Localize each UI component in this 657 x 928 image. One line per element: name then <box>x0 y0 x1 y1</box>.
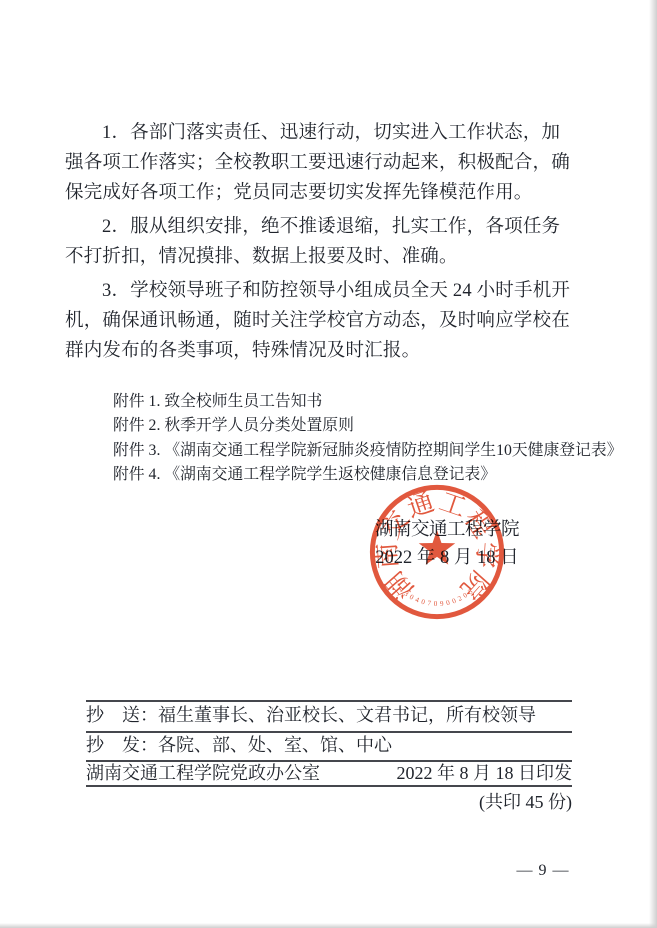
copy-to-label: 抄 送： <box>86 705 158 725</box>
document-page: 1．各部门落实责任、迅速行动，切实进入工作状态，加 强各项工作落实；全校教职工要… <box>0 0 657 928</box>
print-count: (共印 45 份) <box>479 792 572 812</box>
issued-by-label: 抄 发： <box>86 735 158 755</box>
attachment-item-1: 附件 1. 致全校师生员工告知书 <box>113 390 622 414</box>
footer-rule-4 <box>86 785 572 787</box>
body-line: 不打折扣，情况摸排、数据上报要及时、准确。 <box>65 242 579 272</box>
body-line: 1．各部门落实责任、迅速行动，切实进入工作状态，加 <box>65 118 579 148</box>
body-line: 强各项工作落实；全校教职工要迅速行动起来，积极配合，确 <box>65 148 579 178</box>
body-line: 群内发布的各类事项，特殊情况及时汇报。 <box>65 336 579 366</box>
attachment-item-2: 附件 2. 秋季开学人员分类处置原则 <box>113 414 622 438</box>
body-paragraphs: 1．各部门落实责任、迅速行动，切实进入工作状态，加 强各项工作落实；全校教职工要… <box>65 118 579 366</box>
attachment-list: 附件 1. 致全校师生员工告知书 附件 2. 秋季开学人员分类处置原则 附件 3… <box>113 390 622 487</box>
body-line: 3．学校领导班子和防控领导小组成员全天 24 小时手机开 <box>65 276 579 306</box>
paragraph-2: 2．服从组织安排，绝不推诿退缩，扎实工作，各项任务 不打折扣，情况摸排、数据上报… <box>65 212 579 272</box>
attachment-item-3: 附件 3. 《湖南交通工程学院新冠肺炎疫情防控期间学生10天健康登记表》 <box>113 439 622 463</box>
page-number: — 9 — <box>495 858 591 883</box>
issued-by-value: 各院、部、处、室、馆、中心 <box>158 735 392 755</box>
footer-office-line: 湖南交通工程学院党政办公室 2022 年 8 月 18 日印发 <box>86 759 572 788</box>
footer-issued-by-line: 抄 发：各院、部、处、室、馆、中心 <box>86 731 572 760</box>
print-date: 2022 年 8 月 18 日印发 <box>397 759 573 788</box>
issuing-office: 湖南交通工程学院党政办公室 <box>86 759 320 788</box>
seal-star-icon <box>419 530 455 565</box>
official-seal: 湖南交通工程学院 4304070900203 <box>366 481 508 623</box>
scan-edge-bottom-shadow <box>0 923 657 928</box>
paragraph-3: 3．学校领导班子和防控领导小组成员全天 24 小时手机开 机，确保通讯畅通，随时… <box>65 276 579 366</box>
scan-edge-right-shadow <box>649 0 657 928</box>
paragraph-1: 1．各部门落实责任、迅速行动，切实进入工作状态，加 强各项工作落实；全校教职工要… <box>65 118 579 208</box>
body-line: 保完成好各项工作；党员同志要切实发挥先锋模范作用。 <box>65 178 579 208</box>
seal-graphic: 湖南交通工程学院 4304070900203 <box>366 481 508 623</box>
footer-copy-to-line: 抄 送：福生董事长、治亚校长、文君书记，所有校领导 <box>86 701 572 730</box>
copy-to-value: 福生董事长、治亚校长、文君书记，所有校领导 <box>158 705 536 725</box>
body-line: 机，确保通讯畅通，随时关注学校官方动态，及时响应学校在 <box>65 306 579 336</box>
print-count-line: (共印 45 份) <box>86 788 572 817</box>
body-line: 2．服从组织安排，绝不推诿退缩，扎实工作，各项任务 <box>65 212 579 242</box>
